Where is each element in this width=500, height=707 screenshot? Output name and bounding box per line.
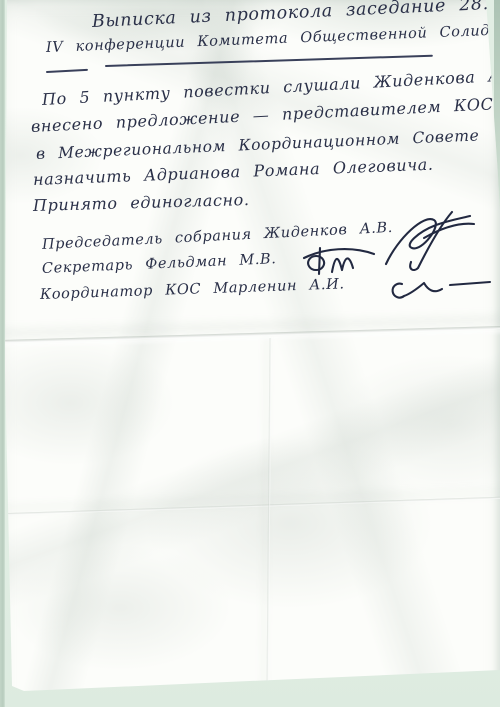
body-line-5: Принято единогласно. [33,190,250,215]
paper-sheet: Выписка из протокола заседание 28.04.13.… [0,0,500,707]
signature-line-secretary: Секретарь Фельдман М.В. [42,251,277,277]
scanned-page: Выписка из протокола заседание 28.04.13.… [0,0,500,707]
feldman-signature-mark [300,246,378,282]
marlenin-signature-mark [392,272,492,306]
handwritten-content: Выписка из протокола заседание 28.04.13.… [0,0,500,707]
scanner-edge-left [0,0,5,707]
zhidenkov-signature-mark [378,208,478,278]
roman-numeral-underline [46,69,88,73]
header-underline [105,55,433,67]
